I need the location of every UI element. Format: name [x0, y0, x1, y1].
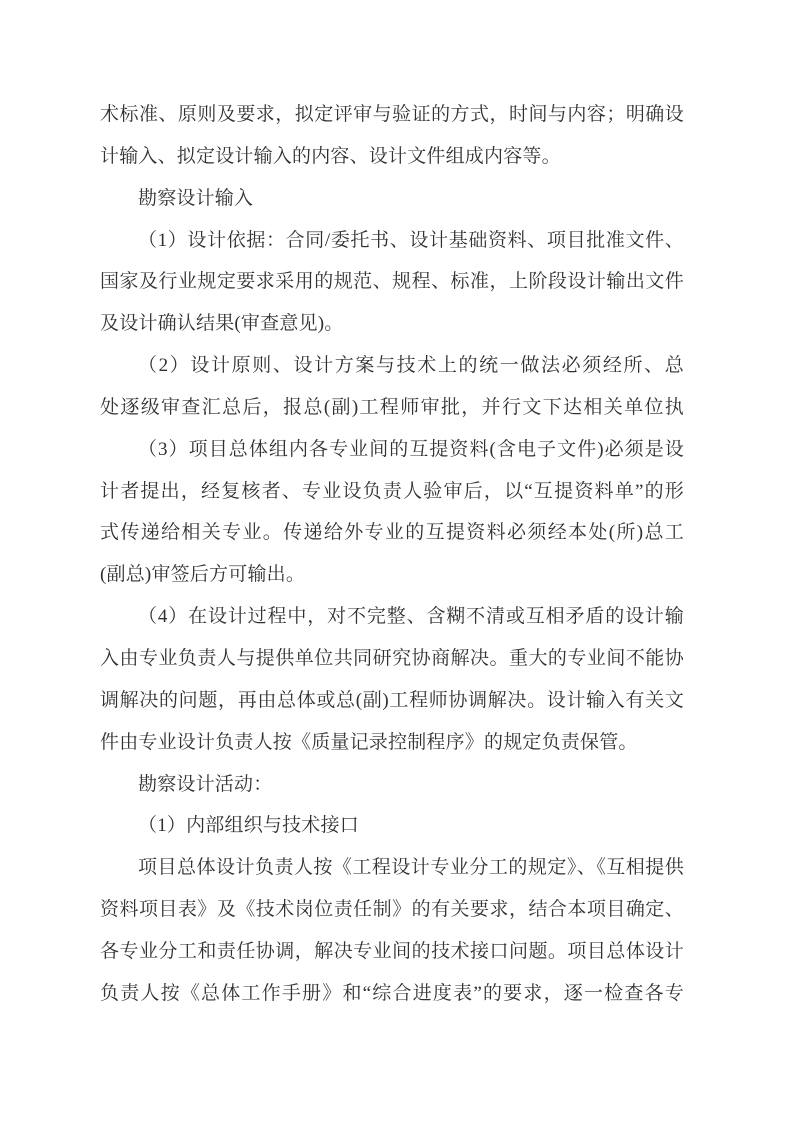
text-line: 术标准、原则及要求，拟定评审与验证的方式，时间与内容；明确设: [100, 94, 684, 136]
text-line: 负责人按《总体工作手册》和“综合进度表”的要求，逐一检查各专: [100, 973, 684, 1015]
text-line: (副总)审签后方可输出。: [100, 554, 684, 596]
paragraph: 术标准、原则及要求，拟定评审与验证的方式，时间与内容；明确设计输入、拟定设计输入…: [100, 94, 684, 178]
document-page: 术标准、原则及要求，拟定评审与验证的方式，时间与内容；明确设计输入、拟定设计输入…: [0, 0, 793, 1122]
text-line: （1）内部组织与技术接口: [100, 805, 684, 847]
text-line: 勘察设计输入: [100, 178, 684, 220]
paragraph: （1）内部组织与技术接口: [100, 805, 684, 847]
text-line: 调解决的问题，再由总体或总(副)工程师协调解决。设计输入有关文: [100, 680, 684, 722]
document-body: 术标准、原则及要求，拟定评审与验证的方式，时间与内容；明确设计输入、拟定设计输入…: [100, 94, 684, 1015]
text-line: 处逐级审查汇总后，报总(副)工程师审批，并行文下达相关单位执行。: [100, 387, 684, 429]
text-line: 入由专业负责人与提供单位共同研究协商解决。重大的专业间不能协: [100, 638, 684, 680]
text-line: 计输入、拟定设计输入的内容、设计文件组成内容等。: [100, 136, 684, 178]
text-line: 件由专业设计负责人按《质量记录控制程序》的规定负责保管。: [100, 722, 684, 764]
paragraph: （2）设计原则、设计方案与技术上的统一做法必须经所、总体、处逐级审查汇总后，报总…: [100, 345, 684, 429]
paragraph: （1）设计依据：合同/委托书、设计基础资料、项目批准文件、国家及行业规定要求采用…: [100, 220, 684, 346]
paragraph: 项目总体设计负责人按《工程设计专业分工的规定》、《互相提供资料项目表》及《技术岗…: [100, 847, 684, 1014]
text-line: （4）在设计过程中，对不完整、含糊不清或互相矛盾的设计输: [100, 596, 684, 638]
text-line: 计者提出，经复核者、专业设负责人验审后，以“互提资料单”的形: [100, 471, 684, 513]
text-line: 式传递给相关专业。传递给外专业的互提资料必须经本处(所)总工: [100, 512, 684, 554]
text-line: （1）设计依据：合同/委托书、设计基础资料、项目批准文件、: [100, 220, 684, 262]
text-line: （3）项目总体组内各专业间的互提资料(含电子文件)必须是设: [100, 429, 684, 471]
text-line: 国家及行业规定要求采用的规范、规程、标准，上阶段设计输出文件: [100, 261, 684, 303]
paragraph: （4）在设计过程中，对不完整、含糊不清或互相矛盾的设计输入由专业负责人与提供单位…: [100, 596, 684, 763]
text-line: 项目总体设计负责人按《工程设计专业分工的规定》、《互相提供: [100, 847, 684, 889]
text-line: 资料项目表》及《技术岗位责任制》的有关要求，结合本项目确定、: [100, 889, 684, 931]
paragraph: （3）项目总体组内各专业间的互提资料(含电子文件)必须是设计者提出，经复核者、专…: [100, 429, 684, 596]
text-line: （2）设计原则、设计方案与技术上的统一做法必须经所、总体、: [100, 345, 684, 387]
text-line: 各专业分工和责任协调，解决专业间的技术接口问题。项目总体设计: [100, 931, 684, 973]
paragraph: 勘察设计活动：: [100, 764, 684, 806]
text-line: 勘察设计活动：: [100, 764, 684, 806]
text-line: 及设计确认结果(审查意见)。: [100, 303, 684, 345]
paragraph: 勘察设计输入: [100, 178, 684, 220]
